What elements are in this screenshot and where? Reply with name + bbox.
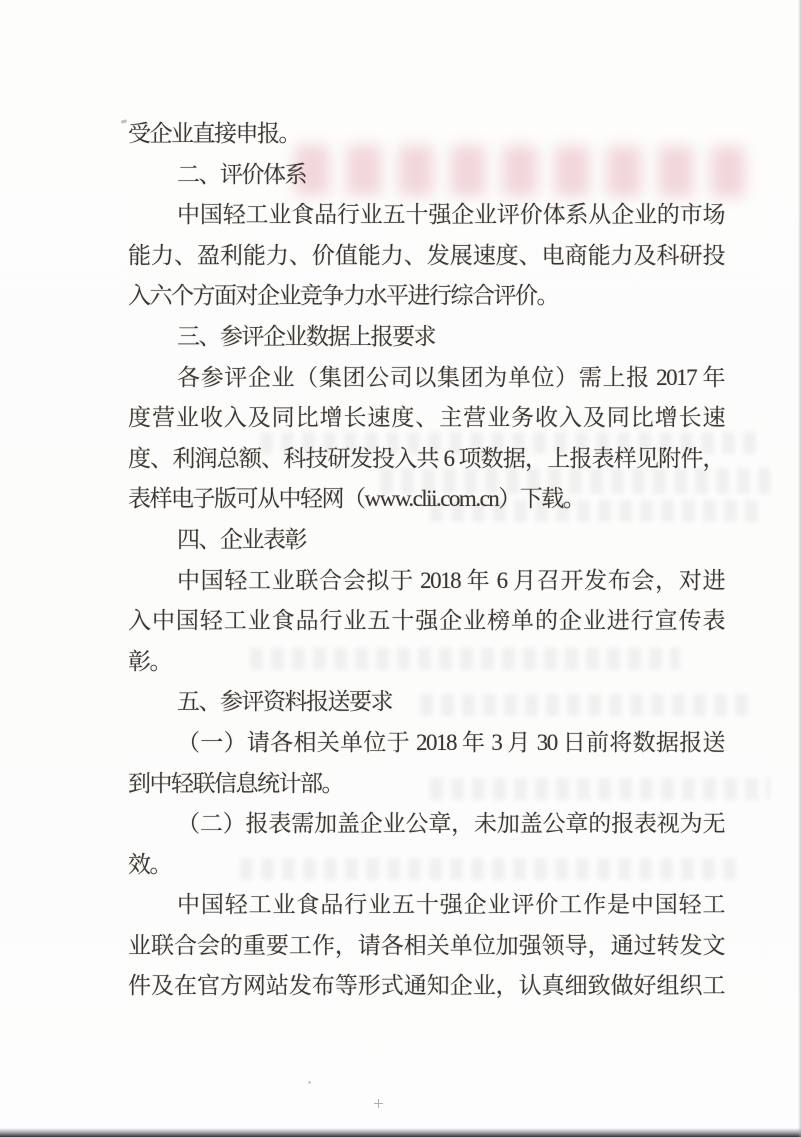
body-line: 到中轻联信息统计部。 — [128, 764, 724, 805]
body-line: 中国轻工业食品行业五十强企业评价体系从企业的市场 — [128, 195, 724, 236]
scan-edge-shadow — [0, 1128, 801, 1137]
body-line-with-url: 表样电子版可从中轻网（www.clii.com.cn）下载。 — [128, 479, 724, 520]
body-line: （一）请各相关单位于 2018 年 3 月 30 日前将数据报送 — [128, 723, 724, 764]
scan-speck-dot — [308, 1081, 311, 1084]
body-line: 入中国轻工业食品行业五十强企业榜单的企业进行宣传表 — [128, 601, 724, 642]
section-heading-data-reporting: 三、参评企业数据上报要求 — [128, 317, 724, 358]
body-line: 能力、盈利能力、价值能力、发展速度、电商能力及科研投 — [128, 236, 724, 277]
body-line: （二）报表需加盖企业公章，未加盖公章的报表视为无 — [128, 804, 724, 845]
body-line: 中国轻工业食品行业五十强企业评价工作是中国轻工 — [128, 885, 724, 926]
section-heading-enterprise-commendation: 四、企业表彰 — [128, 520, 724, 561]
scanned-document-page: 受企业直接申报。 二、评价体系 中国轻工业食品行业五十强企业评价体系从企业的市场… — [0, 0, 801, 1137]
scan-speck-cross — [374, 1099, 383, 1108]
body-line: 业联合会的重要工作，请各相关单位加强领导，通过转发文 — [128, 926, 724, 967]
scan-speck-dash — [121, 119, 128, 124]
body-line: 各参评企业（集团公司以集团为单位）需上报 2017 年 — [128, 358, 724, 399]
body-line: 入六个方面对企业竞争力水平进行综合评价。 — [128, 276, 724, 317]
body-line: 度、利润总额、科技研发投入共 6 项数据，上报表样见附件， — [128, 439, 724, 480]
body-line: 度营业收入及同比增长速度、主营业务收入及同比增长速 — [128, 398, 724, 439]
body-line: 效。 — [128, 845, 724, 886]
body-line: 彰。 — [128, 642, 724, 683]
body-line: 中国轻工业联合会拟于 2018 年 6 月召开发布会，对进 — [128, 561, 724, 602]
section-heading-submission-requirements: 五、参评资料报送要求 — [128, 682, 724, 723]
body-line: 受企业直接申报。 — [128, 114, 724, 155]
document-body: 受企业直接申报。 二、评价体系 中国轻工业食品行业五十强企业评价体系从企业的市场… — [128, 114, 724, 1007]
body-line: 件及在官方网站发布等形式通知企业，认真细致做好组织工 — [128, 966, 724, 1007]
section-heading-evaluation-system: 二、评价体系 — [128, 155, 724, 196]
